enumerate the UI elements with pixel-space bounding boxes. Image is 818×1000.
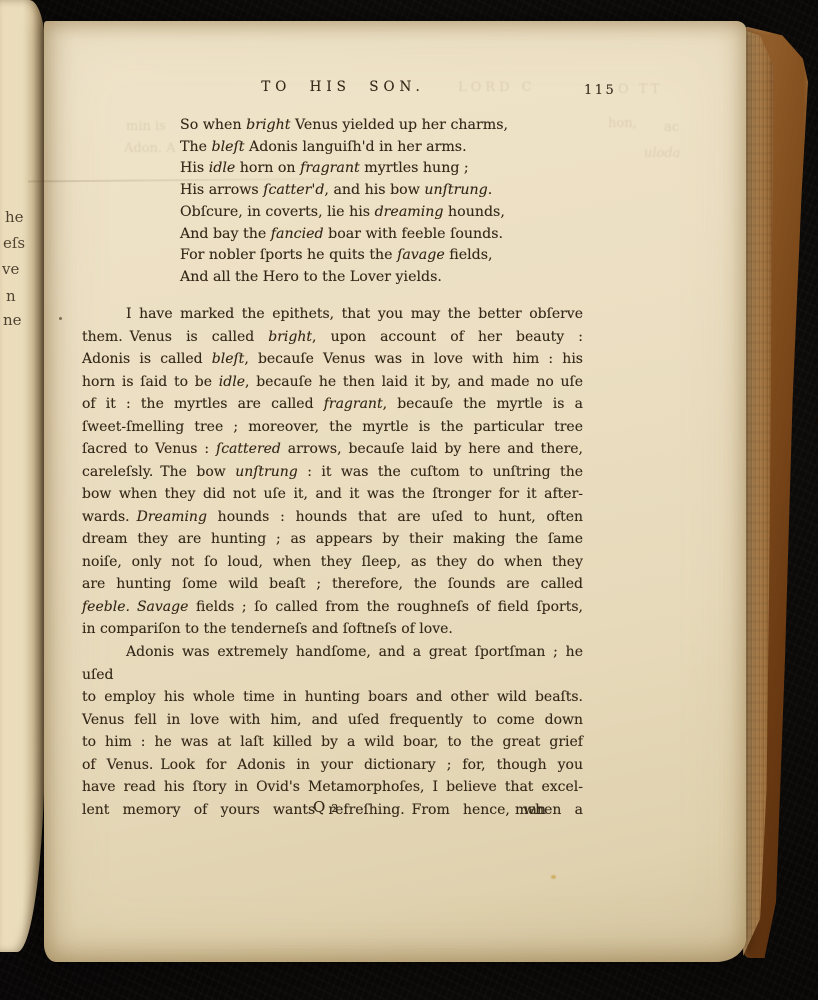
text-line: The bleſt Adonis languiſh'd in her arms. — [180, 137, 510, 159]
text-line: His idle horn on fragrant myrtles hung ; — [180, 158, 510, 180]
signature-mark: Q2 — [313, 798, 338, 816]
text-line: His arrows ſcatter'd, and his bow unſtru… — [180, 180, 510, 202]
signature-number: 2 — [331, 802, 338, 815]
text-line: feeble. Savage fields ; ſo called from t… — [82, 596, 583, 619]
facing-page-text-fragment: he — [5, 208, 24, 226]
text-line: are hunting ſome wild beaſt ; therefore,… — [82, 573, 583, 596]
show-through-text: Adon. A — [124, 141, 176, 156]
poem-venus-adonis: So when bright Venus yielded up her char… — [180, 115, 510, 289]
text-line: noiſe, only not ſo loud, when they ſleep… — [82, 551, 583, 574]
text-line: have read his ſtory in Ovid's Metamorpho… — [82, 776, 583, 799]
text-line: ſweet-ſmelling tree ; moreover, the myrt… — [82, 416, 583, 439]
show-through-text: ac — [664, 120, 679, 135]
text-line: ſacred to Venus : ſcattered arrows, beca… — [82, 438, 583, 461]
text-line: And bay the fancied boar with feeble ſou… — [180, 224, 510, 246]
text-line: dream they are hunting ; as appears by t… — [82, 528, 583, 551]
text-line: Adonis was extremely handſome, and a gre… — [82, 641, 583, 686]
paragraph-adonis-story: Adonis was extremely handſome, and a gre… — [82, 641, 583, 821]
show-through-text: O TT — [618, 82, 662, 97]
text-line: Adonis is called bleſt, becauſe Venus wa… — [82, 348, 583, 371]
text-line: of it : the myrtles are called fragrant,… — [82, 393, 583, 416]
text-line: them. Venus is called bright, upon accou… — [82, 326, 583, 349]
text-line: bow when they did not uſe it, and it was… — [82, 483, 583, 506]
text-line: Venus fell in love with him, and uſed fr… — [82, 709, 583, 732]
facing-page-text-fragment: n — [6, 287, 16, 305]
text-line: horn is ſaid to be idle, becauſe he then… — [82, 371, 583, 394]
facing-page-text-fragment: eſs — [3, 234, 25, 252]
foxing-speck — [551, 875, 556, 879]
text-line: So when bright Venus yielded up her char… — [180, 115, 510, 137]
facing-page-text-fragment: ne — [3, 311, 22, 329]
facing-page-edge — [0, 0, 45, 952]
show-through-text: uloda — [644, 146, 680, 161]
book-photo: he eſs ve n ne LORD C O TT min is Adon. … — [0, 0, 818, 1000]
text-line: For nobler ſports he quits the ſavage fi… — [180, 245, 510, 267]
text-line: wards. Dreaming hounds : hounds that are… — [82, 506, 583, 529]
text-line: And all the Hero to the Lover yields. — [180, 267, 510, 289]
text-line: in compariſon to the tenderneſs and ſoft… — [82, 618, 583, 641]
paragraph-commentary-epithets: I have marked the epithets, that you may… — [82, 303, 583, 641]
page-number: 115 — [584, 83, 616, 98]
text-line: to employ his whole time in hunting boar… — [82, 686, 583, 709]
catchword: man — [515, 802, 546, 818]
show-through-text: min is — [126, 119, 166, 134]
show-through-text: LORD C — [458, 80, 536, 95]
text-line: Obſcure, in coverts, lie his dreaming ho… — [180, 202, 510, 224]
show-through-text: hon, — [608, 116, 637, 131]
text-line: to him : he was at laſt killed by a wild… — [82, 731, 583, 754]
text-line: I have marked the epithets, that you may… — [82, 303, 583, 326]
signature-letter: Q — [313, 798, 325, 816]
text-line: of Venus. Look for Adonis in your dictio… — [82, 754, 583, 777]
facing-page-text-fragment: ve — [2, 260, 19, 278]
running-header-title: TO HIS SON. — [243, 79, 443, 95]
text-line: careleſsly. The bow unſtrung : it was th… — [82, 461, 583, 484]
foxing-speck — [59, 317, 62, 320]
